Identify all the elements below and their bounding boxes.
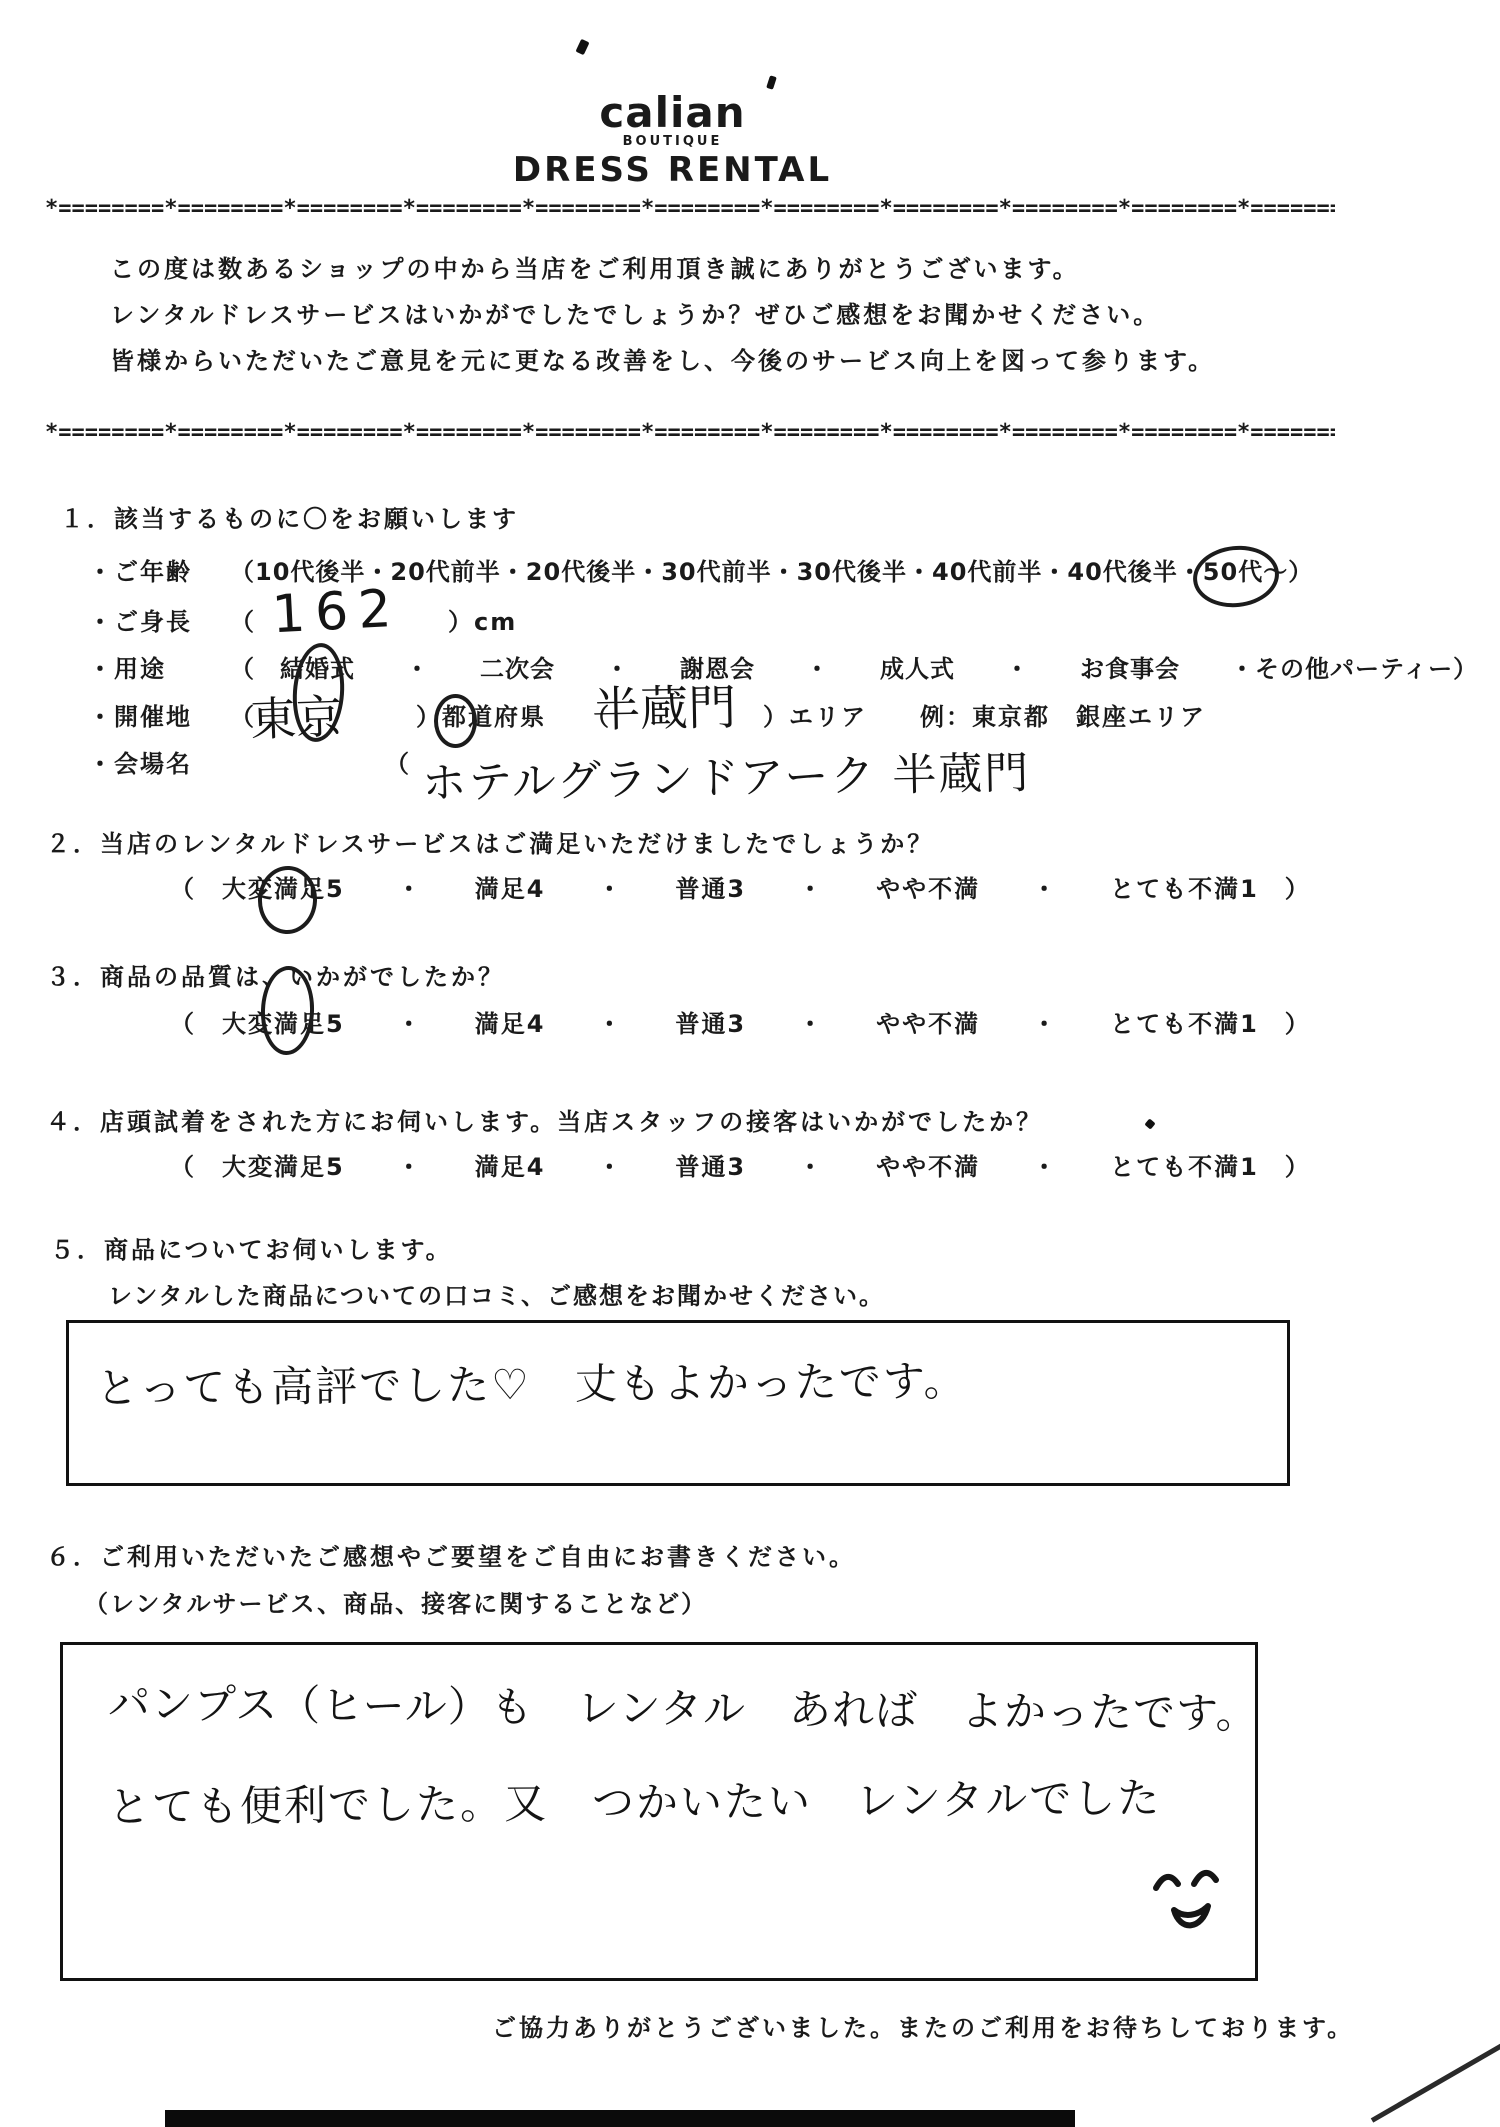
q2-heading: ２．当店のレンタルドレスサービスはご満足いただけましたでしょうか？ <box>46 830 934 859</box>
q1-place-handwritten-area: 半蔵門 <box>591 669 736 741</box>
q1-venue-paren-open: （ <box>385 750 411 779</box>
q2-options-post: 足5 ・ 満足4 ・ 普通3 ・ やや不満 ・ とても不満1 ） <box>300 875 1311 903</box>
q1-place-prefecture-suffix: ）都道府県 <box>416 703 546 732</box>
separator-line: *========*========*========*========*===… <box>45 420 1335 446</box>
q4-rating-options: （ 大変満足5 ・ 満足4 ・ 普通3 ・ やや不満 ・ とても不満1 ） <box>170 1153 1311 1182</box>
brand-logo: calian BOUTIQUE DRESS RENTAL <box>0 88 1345 191</box>
q1-height-paren-open: （ <box>230 608 256 637</box>
q2-selected-rating: 満 <box>274 875 300 904</box>
q3-selected-rating: 満 <box>274 1010 300 1039</box>
q5-handwritten-answer: とっても高評でした♡ 丈もよかったです。 <box>96 1348 968 1416</box>
page-title: DRESS RENTAL <box>0 150 1345 191</box>
q1-age-label: ・ご年齢 <box>88 558 192 587</box>
q1-heading: １．該当するものに〇をお願いします <box>60 505 519 534</box>
scan-artifact-bar <box>165 2110 1075 2127</box>
smiley-face-drawing <box>1140 1858 1232 1950</box>
q2-options-pre: （ 大変 <box>170 875 274 903</box>
q1-age-selected: 50代 <box>1203 558 1263 587</box>
q2-rating-options: （ 大変満足5 ・ 満足4 ・ 普通3 ・ やや不満 ・ とても不満1 ） <box>170 875 1311 904</box>
q1-age-options-post: ～） <box>1263 558 1313 586</box>
scanned-survey-form: calian BOUTIQUE DRESS RENTAL *========*=… <box>0 0 1500 2127</box>
q1-height-handwritten-value: 162 <box>271 579 403 646</box>
footer-thanks: ご協力ありがとうございました。またのご利用をお待ちしております。 <box>492 2014 1354 2043</box>
q1-place-area-suffix: ）エリア <box>763 703 867 732</box>
scan-speck <box>1144 1118 1155 1129</box>
scan-speck <box>575 39 589 55</box>
q6-heading: ６．ご利用いただいたご感想やご要望をご自由にお書きください。 <box>46 1543 856 1572</box>
q5-heading: ５．商品についてお伺いします。 <box>50 1236 453 1265</box>
q4-heading: ４．店頭試着をされた方にお伺いします。当店スタッフの接客はいかがでしたか？ <box>46 1108 1043 1137</box>
q1-height-paren-close: ）cm <box>448 608 517 637</box>
q1-place-handwritten-prefecture: 東京 <box>249 680 343 749</box>
q5-subheading: レンタルした商品についての口コミ、ご感想をお聞かせください。 <box>108 1282 885 1311</box>
brand-name: calian <box>0 88 1345 138</box>
q3-heading: ３．商品の品質は、いかがでしたか？ <box>46 963 505 992</box>
scan-artifact-diagonal <box>1371 2031 1500 2123</box>
q1-venue-handwritten-name: ホテルグランドアーク 半蔵門 <box>421 737 1030 812</box>
brand-subtitle: BOUTIQUE <box>0 134 1345 150</box>
q6-handwritten-line2: とても便利でした。又 つかいたい レンタルでした <box>108 1765 1162 1834</box>
q6-subheading: （レンタルサービス、商品、接客に関することなど） <box>84 1590 707 1619</box>
q1-purpose-selected: 婚 <box>305 655 330 684</box>
q1-place-label: ・開催地 <box>88 703 192 732</box>
q1-venue-label: ・会場名 <box>88 750 192 779</box>
q1-place-circled-to: 都 <box>442 703 468 732</box>
q3-rating-options: （ 大変満足5 ・ 満足4 ・ 普通3 ・ やや不満 ・ とても不満1 ） <box>170 1010 1311 1039</box>
q3-options-post: 足5 ・ 満足4 ・ 普通3 ・ やや不満 ・ とても不満1 ） <box>300 1010 1311 1038</box>
intro-line: レンタルドレスサービスはいかがでしたでしょうか？ぜひご感想をお聞かせください。 <box>110 301 1160 330</box>
intro-line: 皆様からいただいたご意見を元に更なる改善をし、今後のサービス向上を図って参ります… <box>110 347 1215 376</box>
q6-handwritten-line1: パンプス（ヒール）も レンタル あれば よかったです。 <box>108 1671 1259 1741</box>
q1-purpose-options-pre: （ 結 <box>230 655 305 683</box>
q1-purpose-options-post: 式 ・ 二次会 ・ 謝恩会 ・ 成人式 ・ お食事会 ・その他パーティー） <box>330 655 1478 683</box>
q1-purpose-label: ・用途 <box>88 655 166 684</box>
q1-place-example: 例：東京都 銀座エリア <box>920 703 1206 732</box>
q1-height-label: ・ご身長 <box>88 608 192 637</box>
separator-line: *========*========*========*========*===… <box>45 196 1335 222</box>
q1-purpose-options: （ 結婚式 ・ 二次会 ・ 謝恩会 ・ 成人式 ・ お食事会 ・その他パーティー… <box>230 655 1478 684</box>
intro-line: この度は数あるショップの中から当店をご利用頂き誠にありがとうございます。 <box>110 255 1080 284</box>
q3-options-pre: （ 大変 <box>170 1010 274 1038</box>
